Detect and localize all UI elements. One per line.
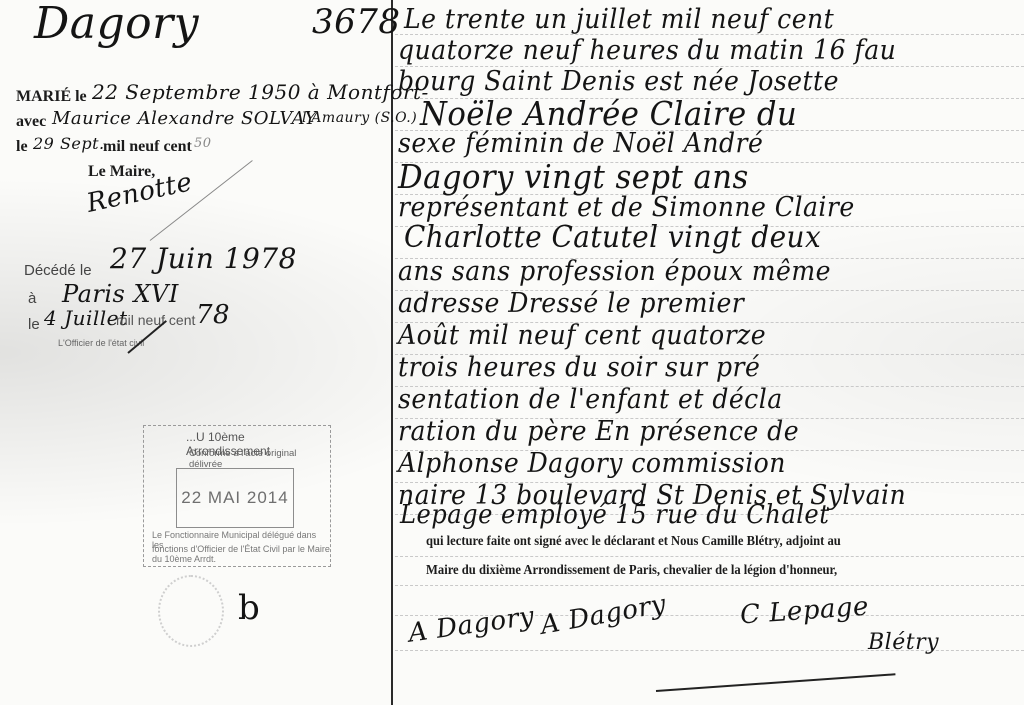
death-record-day: 4 Juillet	[44, 306, 128, 330]
body-line: Alphonse Dagory commission	[398, 448, 786, 479]
faded-seal-icon	[158, 575, 224, 647]
marriage-place: l'Amaury (S.O.)	[302, 110, 417, 126]
body-line: représentant et de Simonne Claire	[398, 192, 855, 223]
body-line: Août mil neuf cent quatorze	[398, 320, 766, 351]
body-line: Dagory vingt sept ans	[398, 157, 749, 196]
death-date: 27 Juin 1978	[110, 242, 297, 275]
printed-closing-line-2: Maire du dixième Arrondissement de Paris…	[426, 563, 837, 579]
body-line: bourg Saint Denis est née Josette	[398, 66, 839, 97]
body-line: trois heures du soir sur pré	[398, 352, 760, 383]
label-mil-neuf-cent: mil neuf cent	[103, 138, 192, 156]
death-place: Paris XVI	[62, 280, 179, 308]
certification-stamp: ...U 10ème Arrondissement Conforme à l'a…	[143, 425, 331, 567]
label-decede: Décédé le	[24, 262, 92, 279]
label-officier: L'Officier de l'état civil	[58, 338, 144, 348]
document-page: Dagory 3678 MARIÉ le 22 Septembre 1950 à…	[0, 0, 1024, 705]
body-line: quatorze neuf heures du matin 16 fau	[398, 35, 896, 66]
signature-witness-2: C Lepage	[739, 592, 870, 631]
marriage-record-day: 29 Sept.	[33, 134, 105, 153]
label-le-death: le	[28, 316, 40, 333]
body-line: sentation de l'enfant et décla	[398, 384, 783, 415]
body-line: ans sans profession époux même	[398, 256, 831, 287]
printed-closing-line-1: qui lecture faite ont signé avec le décl…	[426, 534, 841, 550]
body-line: adresse Dressé le premier	[398, 288, 744, 319]
marriage-record-year: 50	[194, 136, 212, 151]
body-line: Le trente un juillet mil neuf cent	[404, 4, 834, 35]
label-avec: avec	[16, 113, 46, 131]
stamp-line4: fonctions d'Officier de l'État Civil par…	[152, 544, 330, 564]
ruled-line	[395, 556, 1024, 557]
signature-flourish	[656, 673, 896, 692]
signature-witness-1: A Dagory	[538, 589, 668, 641]
label-mil-death: mil neuf cent	[116, 312, 195, 328]
stamp-date: 22 MAI 2014	[181, 488, 288, 508]
initial-mark: b	[238, 588, 260, 628]
record-number: 3678	[312, 2, 401, 42]
label-marie: MARIÉ le	[16, 88, 87, 106]
stamp-date-box: 22 MAI 2014	[176, 468, 294, 528]
signature-declarant: A Dagory	[407, 601, 537, 648]
body-line: sexe féminin de Noël André	[398, 128, 763, 159]
body-line: ration du père En présence de	[398, 416, 799, 447]
body-line: Lepage employé 15 rue du Chalet	[400, 500, 829, 530]
stamp-line2: Conforme à l'acte original délivrée	[189, 448, 330, 470]
signature-officer: Blétry	[868, 630, 939, 655]
body-line: Charlotte Catutel vingt deux	[404, 220, 821, 255]
marriage-date: 22 Septembre 1950 à Montfort-	[92, 80, 429, 104]
ruled-line	[395, 585, 1024, 586]
page-divider-line	[391, 0, 393, 705]
label-a: à	[28, 290, 36, 307]
label-le: le	[16, 138, 28, 156]
death-record-year: 78	[196, 300, 230, 330]
surname-header: Dagory	[34, 0, 199, 49]
spouse-name: Maurice Alexandre SOLVAY	[52, 108, 317, 129]
